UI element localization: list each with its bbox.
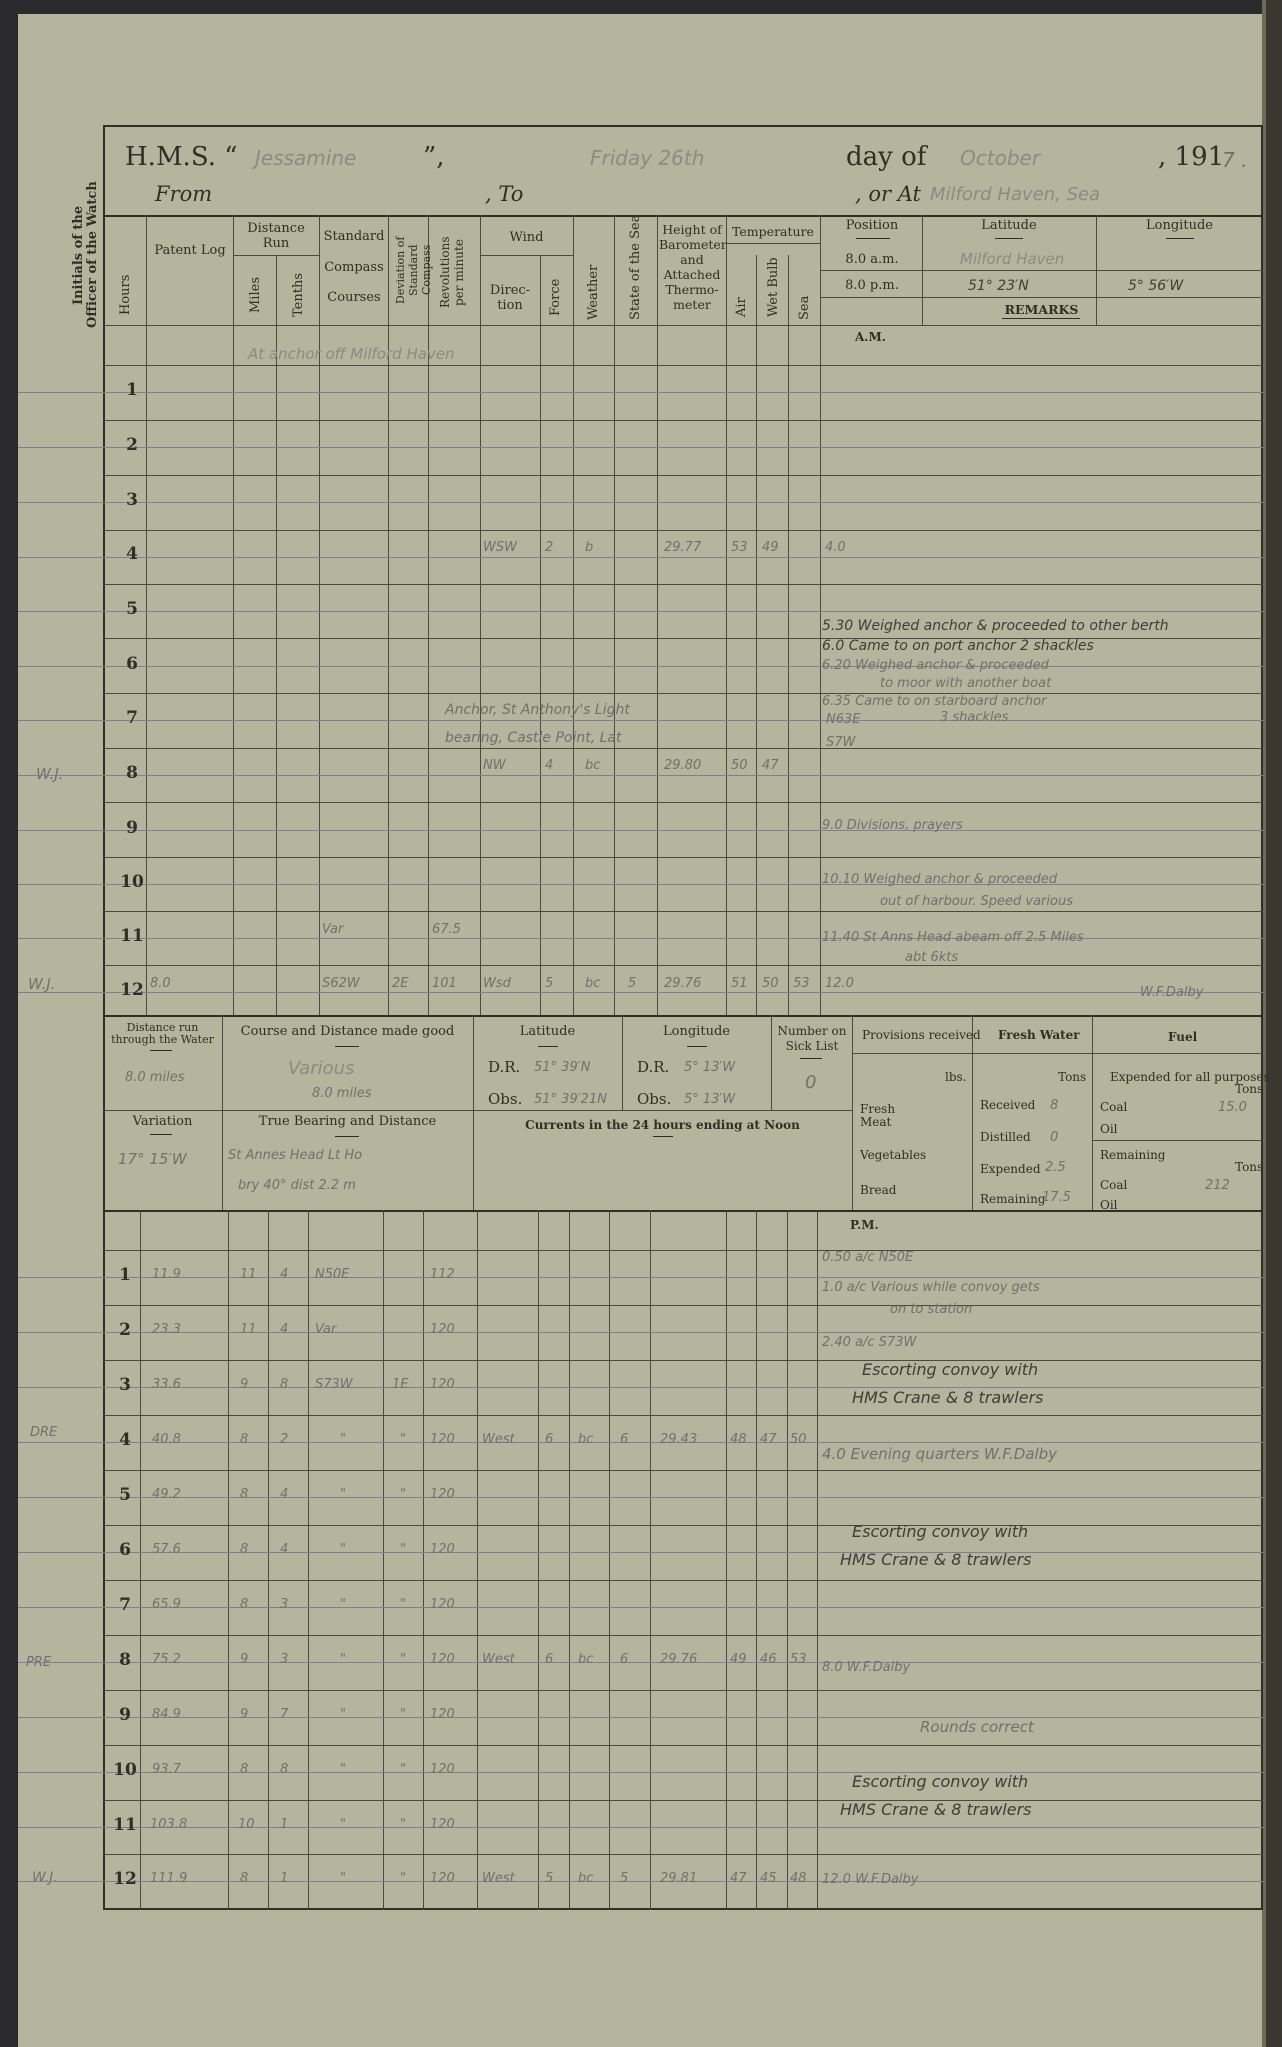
- am-11-courses: Var: [322, 922, 343, 937]
- pm-12-air: 47: [730, 1871, 747, 1886]
- pm-remark-9: HMS Crane & 8 trawlers: [840, 1550, 1031, 1569]
- vegetables-label: Vegetables: [860, 1148, 926, 1162]
- col-tenths: Tenths: [291, 270, 306, 320]
- am-8-wind: NW: [483, 758, 506, 773]
- sick-list-label: Number on Sick List: [773, 1024, 851, 1054]
- pm-4-tenths: 2: [280, 1432, 288, 1447]
- month: October: [960, 146, 1040, 170]
- pm-6-tenths: 4: [280, 1542, 288, 1557]
- col-wind: Wind: [480, 230, 573, 245]
- am-hour-6: 6: [112, 654, 152, 674]
- currents-label: Currents in the 24 hours ending at Noon: [473, 1118, 852, 1133]
- pm-4-sea-temp: 50: [790, 1432, 807, 1447]
- position-am-value: Milford Haven: [960, 250, 1064, 268]
- fuel-coal-expended: 15.0: [1218, 1100, 1247, 1115]
- pm-7-courses: ": [340, 1597, 346, 1612]
- pm-3-courses: S73W: [315, 1377, 353, 1392]
- lon-dr-value: 5° 13′W: [684, 1060, 735, 1075]
- am-signature: W.F.Dalby: [1140, 985, 1203, 1000]
- from-label: From: [155, 182, 212, 206]
- col-hours: Hours: [118, 270, 133, 320]
- am-hour-3: 3: [112, 490, 152, 510]
- or-at-label: , or At: [855, 182, 921, 206]
- pm-hour-5: 5: [105, 1485, 145, 1505]
- pm-12-barometer: 29.81: [660, 1871, 697, 1886]
- am-remark-4: to moor with another boat: [880, 676, 1051, 691]
- lat-dr-value: 51° 39′N: [534, 1060, 590, 1075]
- pm-4-miles: 8: [240, 1432, 248, 1447]
- am-12-remark: 12.0: [825, 976, 854, 991]
- water-remaining-label: Remaining: [980, 1192, 1045, 1206]
- pm-12-revolutions: 120: [430, 1871, 455, 1886]
- pm-8-barometer: 29.76: [660, 1652, 697, 1667]
- pm-8-courses: ": [340, 1652, 346, 1667]
- col-compass: Compass: [322, 260, 386, 275]
- lon-obs-label: Obs.: [637, 1090, 671, 1108]
- am-12-wind: Wsd: [483, 976, 511, 991]
- pm-6-miles: 8: [240, 1542, 248, 1557]
- pm-8-patent-log: 75.2: [152, 1652, 181, 1667]
- pm-hour-4: 4: [105, 1430, 145, 1450]
- am-12-revolutions: 101: [432, 976, 457, 991]
- book-binding: [1266, 0, 1282, 2047]
- col-sea-temp: Sea: [797, 295, 812, 320]
- weekday-date: Friday 26th: [590, 146, 704, 170]
- fuel-label: Fuel: [1168, 1030, 1197, 1044]
- pm-5-revolutions: 120: [430, 1487, 455, 1502]
- am-remark-13: abt 6kts: [905, 950, 958, 965]
- pm-8-wet: 46: [760, 1652, 777, 1667]
- lat-obs-value: 51° 39′21N: [534, 1092, 607, 1107]
- pm-8-air: 49: [730, 1652, 747, 1667]
- pm-hour-12: 12: [105, 1869, 145, 1889]
- pm-initials-4: DRE: [30, 1425, 57, 1440]
- pm-hour-10: 10: [105, 1760, 145, 1780]
- am-4-air: 53: [731, 540, 748, 555]
- pm-12-weather: bc: [578, 1871, 593, 1886]
- am-hour-11: 11: [112, 926, 152, 946]
- am-4-force: 2: [545, 540, 553, 555]
- position-label: Position: [822, 218, 922, 233]
- pm-remark-14: 12.0 W.F.Dalby: [822, 1872, 918, 1887]
- pm-1-courses: N50E: [315, 1267, 349, 1282]
- fresh-water-unit: Tons: [1058, 1070, 1086, 1084]
- am-remark-7: N63E: [826, 712, 860, 727]
- pm-remark-6: HMS Crane & 8 trawlers: [852, 1388, 1043, 1407]
- pm-3-revolutions: 120: [430, 1377, 455, 1392]
- lat-dr-label: D.R.: [488, 1058, 520, 1076]
- pm-12-sea: 5: [620, 1871, 628, 1886]
- am-8-wet: 47: [762, 758, 779, 773]
- pm-7-revolutions: 120: [430, 1597, 455, 1612]
- provisions-label: Provisions received: [862, 1028, 981, 1042]
- am-12-sea-temp: 53: [793, 976, 810, 991]
- pm-9-deviation: ": [400, 1707, 406, 1722]
- pm-remark-8: Escorting convoy with: [852, 1522, 1028, 1541]
- longitude-label: Longitude: [1096, 218, 1263, 233]
- year-digit: 7 .: [1222, 148, 1247, 172]
- pm-11-miles: 10: [238, 1817, 255, 1832]
- pm-5-tenths: 4: [280, 1487, 288, 1502]
- pm-10-tenths: 8: [280, 1762, 288, 1777]
- am-hour-9: 9: [112, 818, 152, 838]
- col-wind-force: Force: [548, 275, 563, 320]
- am-remark-3: 6.20 Weighed anchor & proceeded: [822, 658, 1049, 673]
- course-made-good-label: Course and Distance made good: [222, 1024, 473, 1039]
- course-made-good-value: Various: [288, 1058, 354, 1079]
- am-12-weather: bc: [585, 976, 600, 991]
- am-initials-12: W.J.: [28, 975, 56, 993]
- ship-suffix: ”,: [423, 142, 445, 172]
- pm-12-sea-temp: 48: [790, 1871, 807, 1886]
- am-4-barometer: 29.77: [664, 540, 701, 555]
- pm-9-miles: 9: [240, 1707, 248, 1722]
- am-hour-7: 7: [112, 708, 152, 728]
- pm-8-deviation: ": [400, 1652, 406, 1667]
- water-remaining-value: 17.5: [1042, 1190, 1071, 1205]
- ship-name: Jessamine: [255, 146, 356, 170]
- sick-list-value: 0: [805, 1072, 816, 1093]
- pm-remark-1: 0.50 a/c N50E: [822, 1250, 913, 1265]
- pm-3-tenths: 8: [280, 1377, 288, 1392]
- pm-hour-3: 3: [105, 1375, 145, 1395]
- fuel-coal-remaining: 212: [1205, 1178, 1230, 1193]
- pm-8-revolutions: 120: [430, 1652, 455, 1667]
- pm-9-courses: ": [340, 1707, 346, 1722]
- pm-4-sea: 6: [620, 1432, 628, 1447]
- remarks-label: REMARKS: [820, 302, 1263, 317]
- am-label: A.M.: [855, 330, 886, 344]
- pm-remark-4: 2.40 a/c S73W: [822, 1335, 916, 1350]
- pm-8-miles: 9: [240, 1652, 248, 1667]
- fuel-oil-label: Oil: [1100, 1122, 1118, 1136]
- pm-7-deviation: ": [400, 1597, 406, 1612]
- pm-9-revolutions: 120: [430, 1707, 455, 1722]
- col-standard: Standard: [322, 229, 386, 244]
- pm-hour-7: 7: [105, 1595, 145, 1615]
- pm-12-wind: West: [482, 1871, 515, 1886]
- pm-7-patent-log: 65.9: [152, 1597, 181, 1612]
- pm-remark-13: HMS Crane & 8 trawlers: [840, 1800, 1031, 1819]
- pm-11-patent-log: 103.8: [150, 1817, 187, 1832]
- pm-3-miles: 9: [240, 1377, 248, 1392]
- pm-hour-6: 6: [105, 1540, 145, 1560]
- am-4-wind: WSW: [483, 540, 517, 555]
- pm-12-tenths: 1: [280, 1871, 288, 1886]
- pm-8-sea: 6: [620, 1652, 628, 1667]
- to-label: , To: [485, 182, 523, 206]
- am-hour-10: 10: [112, 872, 152, 892]
- pm-remark-11: Rounds correct: [920, 1718, 1034, 1736]
- pm-remark-5: Escorting convoy with: [862, 1360, 1038, 1379]
- pm-8-tenths: 3: [280, 1652, 288, 1667]
- pm-6-deviation: ": [400, 1542, 406, 1557]
- am-7-note: Anchor, St Anthony's Light: [445, 702, 630, 718]
- pm-7-tenths: 3: [280, 1597, 288, 1612]
- am-12-courses: S62W: [322, 976, 360, 991]
- pm-12-courses: ": [340, 1871, 346, 1886]
- col-courses: Courses: [322, 290, 386, 305]
- pm-5-courses: ": [340, 1487, 346, 1502]
- col-temperature: Temperature: [726, 224, 820, 239]
- am-hour-4: 4: [112, 544, 152, 564]
- am-hour-12: 12: [112, 980, 152, 1000]
- variation-label: Variation: [105, 1114, 220, 1129]
- pm-4-air: 48: [730, 1432, 747, 1447]
- pm-10-courses: ": [340, 1762, 346, 1777]
- pm-8-sea-temp: 53: [790, 1652, 807, 1667]
- pm-10-revolutions: 120: [430, 1762, 455, 1777]
- pm-4-force: 6: [545, 1432, 553, 1447]
- pm-9-patent-log: 84.9: [152, 1707, 181, 1722]
- water-expended-value: 2.5: [1045, 1160, 1066, 1175]
- col-weather: Weather: [586, 270, 601, 320]
- am-12-force: 5: [545, 976, 553, 991]
- pm-6-courses: ": [340, 1542, 346, 1557]
- pm-1-miles: 11: [240, 1267, 257, 1282]
- pm-4-wet: 47: [760, 1432, 777, 1447]
- pm-5-deviation: ": [400, 1487, 406, 1502]
- pm-hour-8: 8: [105, 1650, 145, 1670]
- pm-2-revolutions: 120: [430, 1322, 455, 1337]
- pm-10-miles: 8: [240, 1762, 248, 1777]
- am-remark-6: 3 shackles: [940, 710, 1008, 725]
- am-12-sea: 5: [628, 976, 636, 991]
- col-revolutions: Revolutions per minute: [438, 225, 468, 320]
- true-bearing-line-2: bry 40° dist 2.2 m: [238, 1178, 356, 1193]
- am-remark-5: 6.35 Came to on starboard anchor: [822, 694, 1046, 709]
- variation-value: 17° 15′W: [118, 1150, 187, 1168]
- col-state-of-sea: State of the Sea: [628, 225, 643, 320]
- col-deviation: Deviation of Standard Compass: [394, 220, 422, 320]
- am-remark-8: S7W: [826, 735, 855, 750]
- am-remark-10: 10.10 Weighed anchor & proceeded: [822, 872, 1057, 887]
- water-distilled-value: 0: [1050, 1130, 1058, 1145]
- am-12-deviation: 2E: [392, 976, 409, 991]
- pm-initials-12: W.J.: [32, 1870, 58, 1886]
- pm-6-patent-log: 57.6: [152, 1542, 181, 1557]
- year-prefix: , 191: [1158, 142, 1224, 172]
- pm-1-tenths: 4: [280, 1267, 288, 1282]
- fuel-remaining-label: Remaining: [1100, 1148, 1165, 1162]
- water-distilled-label: Distilled: [980, 1130, 1031, 1144]
- am-remark-2: 6.0 Came to on port anchor 2 shackles: [822, 638, 1094, 654]
- pm-label: P.M.: [850, 1218, 879, 1232]
- am-11-revolutions: 67.5: [432, 922, 461, 937]
- am-4-remark: 4.0: [825, 540, 846, 555]
- pm-12-patent-log: 111.9: [150, 1871, 187, 1886]
- pm-1-revolutions: 112: [430, 1267, 455, 1282]
- pm-hour-11: 11: [105, 1815, 145, 1835]
- am-initials-8: W.J.: [36, 765, 64, 783]
- am-8-weather: bc: [585, 758, 600, 773]
- fresh-meat-label: Fresh Meat: [860, 1103, 910, 1129]
- pm-6-revolutions: 120: [430, 1542, 455, 1557]
- fuel-remaining-unit: Tons: [1235, 1160, 1263, 1174]
- col-wind-direction: Direc- tion: [482, 283, 538, 313]
- position-pm-latitude: 51° 23′N: [968, 278, 1029, 294]
- noon-latitude-label: Latitude: [473, 1024, 622, 1039]
- pm-hour-9: 9: [105, 1705, 145, 1725]
- pm-remark-7: 4.0 Evening quarters W.F.Dalby: [822, 1445, 1057, 1463]
- pm-7-miles: 8: [240, 1597, 248, 1612]
- pm-4-courses: ": [340, 1432, 346, 1447]
- am-12-patent-log: 8.0: [150, 976, 171, 991]
- col-air: Air: [734, 295, 749, 320]
- col-distance-run: Distance Run: [236, 221, 316, 251]
- am-8-note: bearing, Castle Point, Lat: [445, 730, 622, 746]
- am-4-weather: b: [585, 540, 593, 555]
- am-hour-2: 2: [112, 435, 152, 455]
- pm-2-miles: 11: [240, 1322, 257, 1337]
- pm-12-force: 5: [545, 1871, 553, 1886]
- pm-3-patent-log: 33.6: [152, 1377, 181, 1392]
- am-12-barometer: 29.76: [664, 976, 701, 991]
- position-pm-longitude: 5° 56′W: [1128, 278, 1183, 294]
- pm-remark-12: Escorting convoy with: [852, 1772, 1028, 1791]
- latitude-label: Latitude: [922, 218, 1096, 233]
- fresh-water-label: Fresh Water: [998, 1028, 1080, 1042]
- am-remark-9: 9.0 Divisions, prayers: [822, 818, 963, 833]
- day-of-label: day of: [846, 142, 926, 172]
- pm-4-revolutions: 120: [430, 1432, 455, 1447]
- pm-11-deviation: ": [400, 1817, 406, 1832]
- am-8-barometer: 29.80: [664, 758, 701, 773]
- lat-obs-label: Obs.: [488, 1090, 522, 1108]
- pm-11-revolutions: 120: [430, 1817, 455, 1832]
- course-distance-value: 8.0 miles: [312, 1086, 371, 1101]
- am-12-air: 51: [731, 976, 748, 991]
- pm-5-patent-log: 49.2: [152, 1487, 181, 1502]
- pm-12-deviation: ": [400, 1871, 406, 1886]
- distance-through-water-label: Distance run through the Water: [105, 1022, 220, 1046]
- pm-11-tenths: 1: [280, 1817, 288, 1832]
- am-remark-1: 5.30 Weighed anchor & proceeded to other…: [822, 618, 1169, 634]
- pm-12-wet: 45: [760, 1871, 777, 1886]
- pm-remark-3: on to station: [890, 1302, 972, 1317]
- lon-dr-label: D.R.: [637, 1058, 669, 1076]
- am-12-wet: 50: [762, 976, 779, 991]
- hms-label: H.M.S. “: [125, 142, 238, 172]
- pm-12-miles: 8: [240, 1871, 248, 1886]
- water-received-label: Received: [980, 1098, 1035, 1112]
- bread-label: Bread: [860, 1183, 897, 1197]
- pm-1-patent-log: 11.9: [152, 1267, 181, 1282]
- true-bearing-line-1: St Annes Head Lt Ho: [228, 1148, 362, 1163]
- pm-2-tenths: 4: [280, 1322, 288, 1337]
- pm-4-deviation: ": [400, 1432, 406, 1447]
- pm-5-miles: 8: [240, 1487, 248, 1502]
- position-am-label: 8.0 a.m.: [822, 252, 922, 267]
- pm-2-patent-log: 23.3: [152, 1322, 181, 1337]
- am-top-note: At anchor off Milford Haven: [248, 345, 455, 363]
- lon-obs-value: 5° 13′W: [684, 1092, 735, 1107]
- am-hour-1: 1: [112, 380, 152, 400]
- distance-through-water-value: 8.0 miles: [125, 1070, 184, 1085]
- at-location: Milford Haven, Sea: [930, 184, 1100, 205]
- am-remark-12: 11.40 St Anns Head abeam off 2.5 Miles: [822, 930, 1084, 945]
- pm-4-barometer: 29.43: [660, 1432, 697, 1447]
- pm-hour-2: 2: [105, 1320, 145, 1340]
- noon-longitude-label: Longitude: [622, 1024, 771, 1039]
- col-miles: Miles: [248, 270, 263, 320]
- pm-10-patent-log: 93.7: [152, 1762, 181, 1777]
- fuel-coal-label: Coal: [1100, 1100, 1127, 1114]
- provisions-unit: lbs.: [945, 1070, 967, 1084]
- am-8-air: 50: [731, 758, 748, 773]
- pm-11-courses: ": [340, 1817, 346, 1832]
- true-bearing-label: True Bearing and Distance: [222, 1114, 473, 1129]
- am-hour-5: 5: [112, 599, 152, 619]
- pm-remark-10: 8.0 W.F.Dalby: [822, 1660, 910, 1675]
- am-8-force: 4: [545, 758, 553, 773]
- water-expended-label: Expended: [980, 1162, 1041, 1176]
- pm-4-wind: West: [482, 1432, 515, 1447]
- am-hour-8: 8: [112, 763, 152, 783]
- margin-label: Initials of the Officer of the Watch: [72, 180, 104, 330]
- pm-3-deviation: 1E: [392, 1377, 409, 1392]
- pm-remark-2: 1.0 a/c Various while convoy gets: [822, 1280, 1040, 1295]
- am-4-wet: 49: [762, 540, 779, 555]
- col-patent-log: Patent Log: [150, 243, 230, 258]
- water-received-value: 8: [1050, 1098, 1058, 1113]
- pm-9-tenths: 7: [280, 1707, 288, 1722]
- pm-8-wind: West: [482, 1652, 515, 1667]
- position-pm-label: 8.0 p.m.: [822, 278, 922, 293]
- pm-4-weather: bc: [578, 1432, 593, 1447]
- col-barometer: Height of Barometer and Attached Thermo-…: [659, 222, 725, 312]
- pm-4-patent-log: 40.8: [152, 1432, 181, 1447]
- pm-hour-1: 1: [105, 1265, 145, 1285]
- am-remark-11: out of harbour. Speed various: [880, 894, 1073, 909]
- col-wet-bulb: Wet Bulb: [766, 255, 781, 320]
- pm-10-deviation: ": [400, 1762, 406, 1777]
- pm-2-courses: Var: [315, 1322, 336, 1337]
- pm-8-weather: bc: [578, 1652, 593, 1667]
- fuel-remaining-coal-label: Coal: [1100, 1178, 1127, 1192]
- pm-8-force: 6: [545, 1652, 553, 1667]
- fuel-expended-unit: Tons: [1235, 1082, 1263, 1096]
